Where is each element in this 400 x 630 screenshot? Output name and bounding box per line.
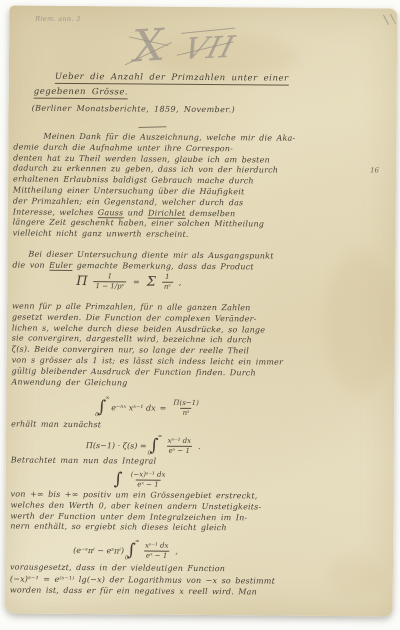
- scan-background: { "annotations": { "archival_note": "Rie…: [0, 0, 400, 630]
- fraction: xˢ⁻¹ dx eˣ − 1: [167, 437, 193, 455]
- paragraph-3: wenn für p alle Primzahlen, für n alle g…: [11, 302, 283, 391]
- source-underline-dash: [138, 126, 166, 128]
- crossed-numeral-vii: VII: [180, 30, 239, 67]
- fraction-numerator: Π(s−1): [173, 399, 199, 408]
- integral-lower-limit: 0: [125, 555, 129, 561]
- formula-euler-product: Π 1 1 − 1∕pˢ = Σ 1 nˢ ,: [73, 272, 181, 291]
- line-segment: die von: [12, 260, 49, 269]
- line-segment: Interesse, welches: [13, 207, 98, 217]
- line-segment: gemachte Bemerkung, dass das Product: [72, 261, 254, 271]
- manuscript-line: worden ist, dass er für ein negatives x …: [10, 585, 275, 599]
- fraction-denominator: nˢ: [181, 407, 192, 417]
- fraction: (−x)ˢ⁻¹ dx eˣ − 1: [131, 470, 166, 488]
- formula-zeta-integral: Π(s−1) · ζ(s) = ∫∞0 xˢ⁻¹ dx eˣ − 1 .: [86, 434, 201, 457]
- paragraph-1: Meinen Dank für die Auszeichnung, welche…: [13, 132, 296, 242]
- fraction: xˢ⁻¹ dx eˣ − 1: [144, 542, 170, 560]
- fraction-denominator: eˣ − 1: [167, 445, 192, 455]
- sum-operator: Σ: [147, 274, 156, 289]
- formula-punctuation: .: [198, 441, 201, 450]
- equals-sign: =: [133, 277, 140, 286]
- corner-pencil-stroke: [390, 14, 396, 24]
- title-line-1: Ueber die Anzahl der Primzahlen unter ei…: [55, 72, 289, 86]
- fraction-numerator: xˢ⁻¹ dx: [168, 437, 192, 446]
- paragraph-5: vorausgesetzt, dass in der vieldeutigen …: [10, 562, 275, 599]
- corner-pencil-stroke: [383, 15, 389, 25]
- line-segment: demselben: [185, 208, 235, 217]
- equals-sign: =: [160, 403, 167, 412]
- formula-punctuation: ,: [179, 277, 182, 286]
- fraction-numerator: (−x)ˢ⁻¹ dx: [131, 470, 166, 479]
- fraction-numerator: 1: [165, 273, 170, 282]
- paragraph-4: von +∞ bis +∞ positiv um ein Grössengebi…: [10, 490, 261, 535]
- formula-contour-result: (e⁻ˢπⁱ − eˢπⁱ) ∫∞0 xˢ⁻¹ dx eˣ − 1 ,: [73, 539, 178, 562]
- integral-sign: ∫∞0: [127, 539, 138, 561]
- manuscript-line: die von Euler gemachte Bemerkung, dass d…: [12, 260, 273, 273]
- manuscript-line: Anwendung der Gleichung: [11, 377, 283, 390]
- fraction-numerator: 1: [108, 272, 113, 281]
- formula-contour-integral: ∫ (−x)ˢ⁻¹ dx eˣ − 1: [111, 468, 169, 490]
- integral-sign: ∫∞0: [150, 435, 161, 457]
- formula-lhs: (e⁻ˢπⁱ − eˢπⁱ): [73, 546, 124, 555]
- manuscript-page: Riem. ann. 3 X VII 16 Ueber die Anzahl d…: [5, 5, 398, 616]
- underlined-name-gauss: Gauss: [98, 208, 124, 219]
- paragraph-2: Bei dieser Untersuchung diente mir als A…: [12, 250, 273, 274]
- source-line: (Berliner Monatsberichte, 1859, November…: [32, 104, 236, 115]
- manuscript-line: nern enthält, so ergiebt sich dieses lei…: [10, 522, 261, 535]
- fraction-denominator: eˣ − 1: [135, 479, 160, 489]
- underlined-name-euler: Euler: [49, 261, 72, 272]
- paper-stain: [324, 248, 395, 399]
- integrand: e⁻ⁿˣ xˢ⁻¹ dx: [111, 403, 155, 412]
- paper-stain: [327, 556, 385, 596]
- product-operator: Π: [76, 274, 87, 289]
- fraction-numerator: xˢ⁻¹ dx: [145, 542, 169, 551]
- formula-lhs: Π(s−1) · ζ(s) =: [86, 441, 147, 450]
- connector-text: Betrachtet man nun das Integral: [11, 456, 157, 468]
- folio-number: 16: [370, 166, 379, 174]
- fraction: 1 1 − 1∕pˢ: [94, 272, 127, 290]
- integral-upper-limit: ∞: [105, 395, 110, 401]
- integral-sign: ∫: [114, 468, 125, 490]
- formula-gamma-integral: ∫∞0 e⁻ⁿˣ xˢ⁻¹ dx = Π(s−1) nˢ: [94, 396, 202, 419]
- connector-text: erhält man zunächst: [11, 420, 101, 432]
- fraction: 1 nˢ: [162, 273, 173, 291]
- formula-punctuation: ,: [175, 546, 178, 555]
- integral-upper-limit: ∞: [158, 434, 163, 440]
- underlined-name-dirichlet: Dirichlet: [148, 208, 185, 219]
- integral-sign: ∫∞0: [97, 396, 108, 418]
- fraction: Π(s−1) nˢ: [173, 399, 199, 417]
- integral-lower-limit: 0: [95, 412, 99, 418]
- integral-upper-limit: ∞: [135, 538, 140, 544]
- fraction-denominator: 1 − 1∕pˢ: [94, 281, 126, 291]
- fraction-denominator: eˣ − 1: [144, 550, 169, 560]
- line-segment: und: [123, 208, 148, 217]
- fraction-denominator: nˢ: [162, 281, 173, 291]
- archival-note: Riem. ann. 3: [35, 15, 80, 23]
- title-line-2: gegebenen Grösse.: [34, 87, 129, 100]
- manuscript-line: vielleicht nicht ganz unwerth erscheint.: [13, 229, 295, 242]
